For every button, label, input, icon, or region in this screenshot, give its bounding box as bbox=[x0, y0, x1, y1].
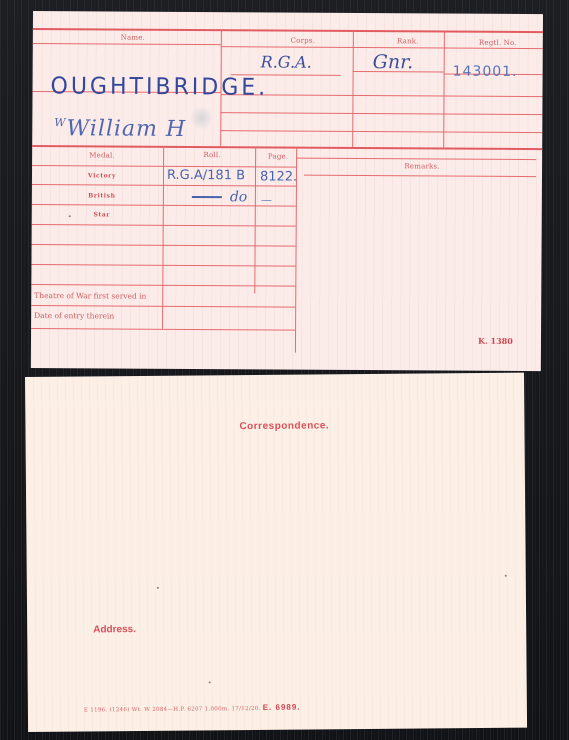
rule bbox=[220, 130, 542, 133]
rule bbox=[162, 147, 164, 329]
correspondence-label: Correspondence. bbox=[239, 420, 329, 432]
ditto-underline bbox=[192, 196, 222, 198]
rule bbox=[32, 145, 542, 150]
header-page: Page. bbox=[260, 152, 296, 160]
rule bbox=[220, 94, 542, 97]
rank-value: Gnr. bbox=[373, 51, 414, 73]
form-number: K. 1380 bbox=[478, 336, 513, 346]
header-name: Name. bbox=[93, 33, 173, 41]
rule bbox=[33, 43, 221, 45]
forename: WWilliam H bbox=[54, 116, 186, 142]
roll-british: do bbox=[230, 189, 247, 205]
theatre-label: Theatre of War first served in bbox=[34, 291, 146, 301]
medal-victory: Victory bbox=[72, 172, 132, 179]
rule bbox=[32, 204, 296, 207]
medal-british: British bbox=[72, 192, 132, 199]
rule bbox=[254, 147, 256, 293]
print-code: E. 6989. bbox=[263, 703, 301, 712]
speck bbox=[209, 681, 211, 683]
header-roll: Roll. bbox=[182, 151, 242, 159]
paper-smudge bbox=[190, 107, 212, 129]
rule bbox=[296, 158, 536, 160]
rule bbox=[304, 175, 536, 177]
print-line-text: E 1196. (1246) Wt. W 2084—H.P. 6207 1,00… bbox=[84, 706, 261, 714]
header-remarks: Remarks. bbox=[382, 162, 462, 170]
page-victory: 8122. bbox=[260, 169, 297, 184]
medal-star: Star bbox=[72, 211, 132, 218]
speck bbox=[69, 215, 71, 217]
header-regt-no: Regtl. No. bbox=[458, 39, 538, 47]
roll-victory: R.G.A/181 B bbox=[167, 168, 245, 183]
corps-value: R.G.A. bbox=[261, 52, 312, 71]
date-label: Date of entry therein bbox=[34, 311, 114, 320]
surname: OUGHTIBRIDGE. bbox=[50, 73, 268, 101]
header-medal: Medal. bbox=[72, 151, 132, 159]
medal-card-back: Correspondence. Address. E 1196. (1246) … bbox=[25, 373, 527, 732]
rule bbox=[31, 328, 295, 331]
forename-prefix: W bbox=[54, 116, 66, 129]
speck bbox=[505, 575, 507, 577]
forename-text: William H bbox=[67, 116, 187, 142]
rule bbox=[32, 184, 296, 187]
rule bbox=[352, 31, 354, 147]
medal-card-front: Name. Corps. Rank. Regtl. No. OUGHTIBRID… bbox=[31, 11, 543, 371]
address-label: Address. bbox=[93, 624, 136, 635]
rule bbox=[220, 112, 542, 115]
print-line: E 1196. (1246) Wt. W 2084—H.P. 6207 1,00… bbox=[84, 703, 301, 714]
rule bbox=[443, 32, 445, 148]
speck bbox=[157, 587, 159, 589]
page-british: — bbox=[261, 193, 272, 206]
header-corps: Corps. bbox=[263, 36, 343, 44]
header-rank: Rank. bbox=[368, 37, 448, 45]
rule bbox=[33, 28, 543, 33]
regt-no-value: 143001. bbox=[453, 64, 518, 80]
